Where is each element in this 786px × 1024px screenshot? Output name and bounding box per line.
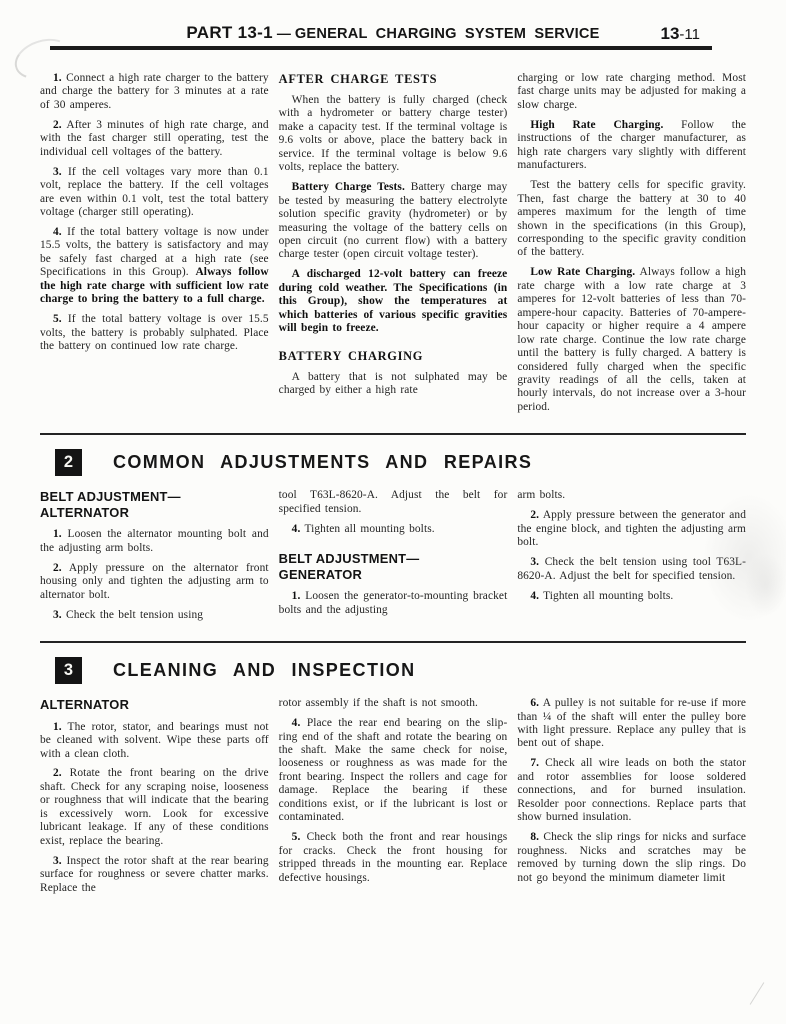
paragraph: 8. Check the slip rings for nicks and su… — [517, 831, 746, 885]
page-number: 13-11 — [661, 24, 701, 44]
text-column: rotor assembly if the shaft is not smoot… — [279, 697, 508, 895]
paragraph: High Rate Charging. Follow the instructi… — [517, 119, 746, 173]
paragraph: 3. Check the belt tension using — [40, 609, 269, 622]
section-common-adjustments-and-repairs: 2COMMON ADJUSTMENTS AND REPAIRSBELT ADJU… — [40, 449, 746, 622]
column-subheading: BELT ADJUSTMENT—GENERATOR — [279, 551, 508, 582]
paragraph: 6. A pulley is not suitable for re-use i… — [517, 697, 746, 751]
part-number-label: PART 13-1 — [186, 23, 272, 42]
text-column: 1. Connect a high rate charger to the ba… — [40, 72, 269, 414]
paragraph: 1. Loosen the generator-to-mounting brac… — [279, 590, 508, 617]
column-subheading: AFTER CHARGE TESTS — [279, 72, 508, 87]
text-column: tool T63L-8620-A. Adjust the belt for sp… — [279, 489, 508, 622]
section-battery-service-continued: 1. Connect a high rate charger to the ba… — [40, 72, 746, 414]
section-cleaning-and-inspection: 3CLEANING AND INSPECTIONALTERNATOR1. The… — [40, 657, 746, 895]
column-subheading: BELT ADJUSTMENT—ALTERNATOR — [40, 489, 269, 520]
section-heading: COMMON ADJUSTMENTS AND REPAIRS — [113, 452, 532, 473]
text-column: BELT ADJUSTMENT—ALTERNATOR1. Loosen the … — [40, 489, 269, 622]
paragraph: Battery Charge Tests. Battery charge may… — [279, 181, 508, 262]
paragraph: 1. The rotor, stator, and bearings must … — [40, 721, 269, 761]
paragraph: 1. Connect a high rate charger to the ba… — [40, 72, 269, 112]
section-header: 3CLEANING AND INSPECTION — [40, 657, 746, 684]
column-subheading: BATTERY CHARGING — [279, 349, 508, 364]
paragraph: 3. If the cell voltages vary more than 0… — [40, 166, 269, 220]
paragraph: When the battery is fully charged (check… — [279, 94, 508, 175]
section-divider-rule — [40, 433, 746, 435]
paragraph: charging or low rate charging method. Mo… — [517, 72, 746, 112]
page-number-page: -11 — [679, 26, 700, 43]
paragraph: 4. Place the rear end bearing on the sli… — [279, 717, 508, 825]
paragraph: A discharged 12-volt battery can freeze … — [279, 268, 508, 335]
paragraph: Low Rate Charging. Always follow a high … — [517, 266, 746, 414]
manual-page: PART 13-1—GENERAL CHARGING SYSTEM SERVIC… — [0, 0, 786, 1024]
text-column: charging or low rate charging method. Mo… — [517, 72, 746, 414]
paragraph: Test the battery cells for specific grav… — [517, 179, 746, 260]
paragraph: rotor assembly if the shaft is not smoot… — [279, 697, 508, 710]
paragraph: 5. Check both the front and rear housing… — [279, 831, 508, 885]
text-column: AFTER CHARGE TESTSWhen the battery is fu… — [279, 72, 508, 414]
scan-artifact-smudge-small — [736, 540, 786, 630]
header-dash: — — [273, 25, 295, 41]
section-divider-rule — [40, 641, 746, 643]
section-columns: ALTERNATOR1. The rotor, stator, and bear… — [40, 697, 746, 895]
section-number-badge: 2 — [55, 449, 82, 476]
section-columns: BELT ADJUSTMENT—ALTERNATOR1. Loosen the … — [40, 489, 746, 622]
paragraph: 2. Apply pressure on the alternator fron… — [40, 562, 269, 602]
paragraph: 4. Tighten all mounting bolts. — [279, 523, 508, 536]
page-number-group: 13 — [661, 24, 680, 43]
section-header: 2COMMON ADJUSTMENTS AND REPAIRS — [40, 449, 746, 476]
paragraph: tool T63L-8620-A. Adjust the belt for sp… — [279, 489, 508, 516]
section-heading: CLEANING AND INSPECTION — [113, 660, 416, 681]
text-column: 6. A pulley is not suitable for re-use i… — [517, 697, 746, 895]
paragraph: 7. Check all wire leads on both the stat… — [517, 757, 746, 824]
section-title-label: GENERAL CHARGING SYSTEM SERVICE — [295, 26, 600, 42]
text-column: ALTERNATOR1. The rotor, stator, and bear… — [40, 697, 269, 895]
paragraph: 2. Rotate the front bearing on the drive… — [40, 767, 269, 848]
sections-host: 1. Connect a high rate charger to the ba… — [40, 72, 746, 895]
section-columns: 1. Connect a high rate charger to the ba… — [40, 72, 746, 414]
paragraph: 4. If the total battery voltage is now u… — [40, 226, 269, 307]
paragraph: 3. Inspect the rotor shaft at the rear b… — [40, 855, 269, 895]
paragraph: A battery that is not sulphated may be c… — [279, 371, 508, 398]
paragraph: 5. If the total battery voltage is over … — [40, 313, 269, 353]
header-rule — [50, 46, 712, 50]
paragraph: 2. After 3 minutes of high rate charge, … — [40, 119, 269, 159]
paragraph: 1. Loosen the alternator mounting bolt a… — [40, 528, 269, 555]
column-subheading: ALTERNATOR — [40, 697, 269, 713]
scan-artifact-slash — [750, 982, 765, 1005]
section-number-badge: 3 — [55, 657, 82, 684]
